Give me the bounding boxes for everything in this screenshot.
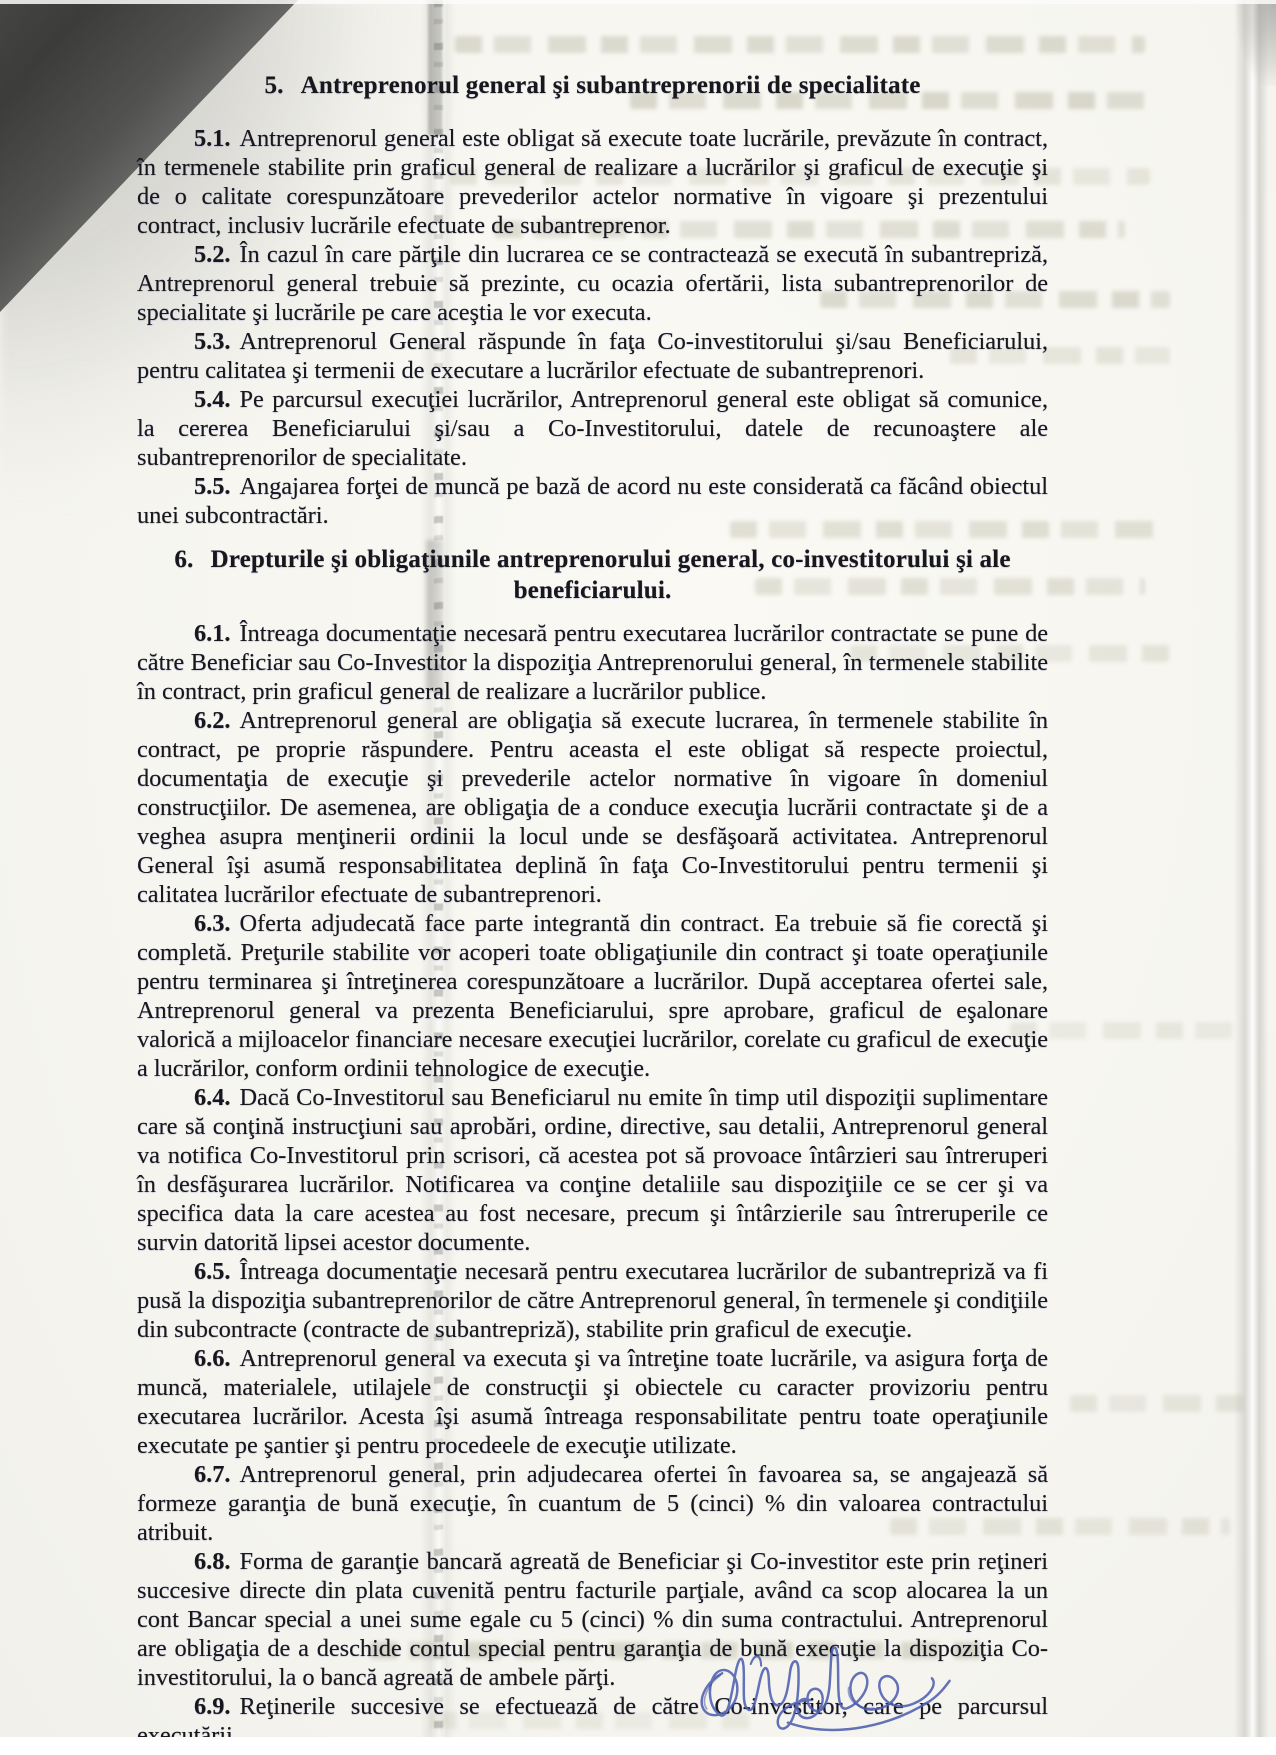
clause-6-7: 6.7.Antreprenorul general, prin adjudeca…: [137, 1460, 1048, 1547]
bleedthrough-ghost-line: [1070, 1395, 1250, 1412]
right-page-edge-shadow: [1234, 0, 1268, 1755]
clause-number: 5.2.: [194, 241, 239, 268]
clause-number: 6.1.: [194, 620, 239, 647]
scanner-edge-sliver: [0, 0, 1276, 4]
section-6-title: Drepturile şi obligaţiunile antreprenoru…: [211, 546, 1011, 604]
clause-5-1: 5.1.Antreprenorul general este obligat s…: [137, 124, 1048, 240]
clause-number: 6.3.: [194, 910, 239, 937]
clause-6-1: 6.1.Întreaga documentaţie necesară pentr…: [137, 619, 1048, 706]
clause-number: 6.7.: [194, 1461, 239, 1488]
clause-number: 6.8.: [194, 1548, 239, 1575]
clause-number: 6.5.: [194, 1258, 239, 1285]
clause-6-4: 6.4.Dacă Co-Investitorul sau Beneficiaru…: [137, 1083, 1048, 1257]
section-6-heading: 6.Drepturile şi obligaţiunile antrepreno…: [137, 544, 1048, 606]
section-5-number: 5.: [264, 72, 300, 99]
top-right-curl-mark: [1236, 0, 1276, 86]
scanned-contract-page: { "page": { "kind": "scanned contract pa…: [0, 0, 1276, 1755]
clause-number: 6.2.: [194, 707, 239, 734]
clause-6-6: 6.6.Antreprenorul general va executa şi …: [137, 1344, 1048, 1460]
section-5-title: Antreprenorul general şi subantreprenori…: [301, 72, 921, 99]
clause-5-3: 5.3.Antreprenorul General răspunde în fa…: [137, 327, 1048, 385]
clause-5-2: 5.2.În cazul în care părţile din lucrare…: [137, 240, 1048, 327]
clause-number: 5.3.: [194, 328, 239, 355]
clause-number: 6.9.: [194, 1693, 239, 1720]
clause-number: 6.4.: [194, 1084, 239, 1111]
clause-text: Antreprenorul general are obligaţia să e…: [137, 707, 1048, 908]
clause-number: 6.6.: [194, 1345, 239, 1372]
clause-6-5: 6.5.Întreaga documentaţie necesară pentr…: [137, 1257, 1048, 1344]
clause-number: 5.5.: [194, 473, 239, 500]
clause-6-3: 6.3.Oferta adjudecată face parte integra…: [137, 909, 1048, 1083]
clause-text: Angajarea forţei de muncă pe bază de aco…: [137, 473, 1048, 529]
contract-text-block: 5.Antreprenorul general şi subantrepreno…: [137, 70, 1048, 1750]
clause-text: Antreprenorul general, prin adjudecarea …: [137, 1461, 1048, 1546]
clause-text: Antreprenorul general va executa şi va î…: [137, 1345, 1048, 1459]
clause-text: Antreprenorul General răspunde în faţa C…: [137, 328, 1048, 384]
section-5-heading: 5.Antreprenorul general şi subantrepreno…: [137, 70, 1048, 101]
clause-number: 5.1.: [194, 125, 239, 152]
bleedthrough-ghost-line: [455, 36, 1145, 53]
clause-text: Pe parcursul execuţiei lucrărilor, Antre…: [137, 386, 1048, 471]
clause-text: Întreaga documentaţie necesară pentru ex…: [137, 620, 1048, 705]
clause-text: Întreaga documentaţie necesară pentru ex…: [137, 1258, 1048, 1343]
clause-number: 5.4.: [194, 386, 239, 413]
clause-text: Antreprenorul general este obligat să ex…: [137, 125, 1048, 239]
handwritten-signature: [692, 1634, 954, 1753]
clause-text: Oferta adjudecată face parte integrantă …: [137, 910, 1048, 1082]
clause-5-4: 5.4.Pe parcursul execuţiei lucrărilor, A…: [137, 385, 1048, 472]
section-6-number: 6.: [174, 546, 210, 573]
clause-text: Dacă Co-Investitorul sau Beneficiarul nu…: [137, 1084, 1048, 1256]
clause-5-5: 5.5.Angajarea forţei de muncă pe bază de…: [137, 472, 1048, 530]
clause-text: În cazul în care părţile din lucrarea ce…: [137, 241, 1048, 326]
clause-6-2: 6.2.Antreprenorul general are obligaţia …: [137, 706, 1048, 909]
